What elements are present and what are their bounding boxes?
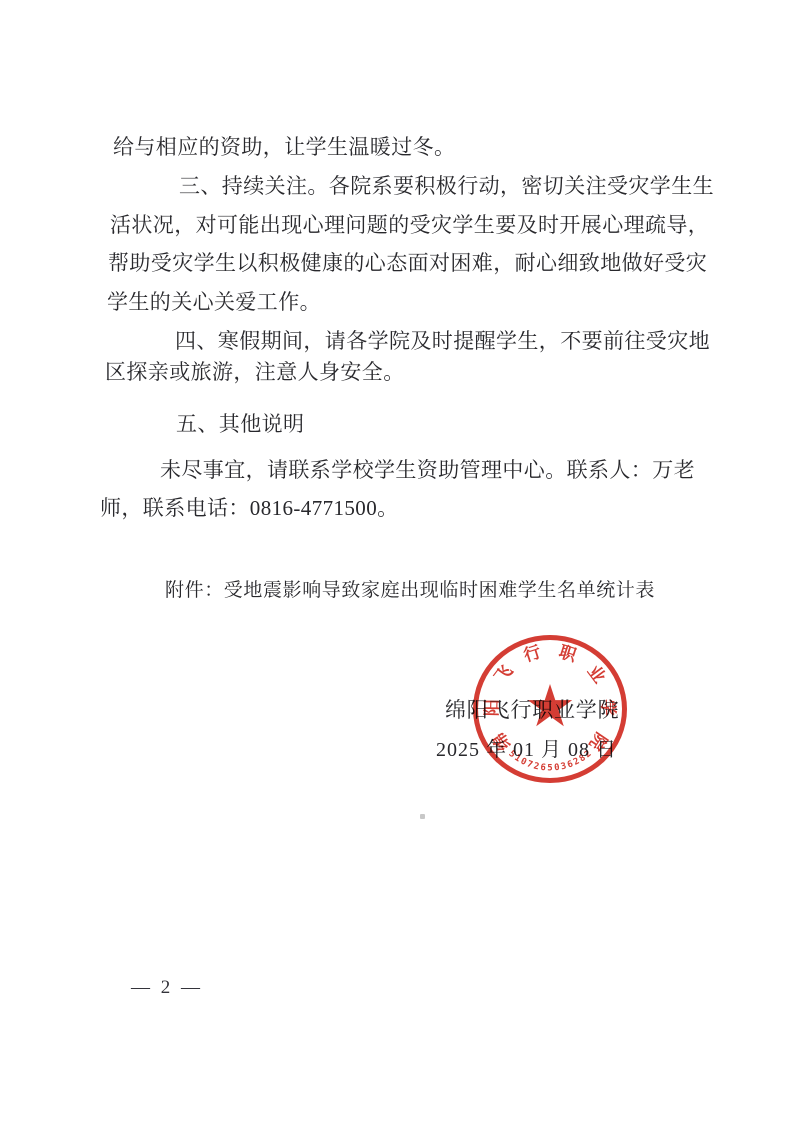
body-line: 区探亲或旅游，注意人身安全。 — [105, 361, 405, 384]
body-line: 活状况，对可能出现心理问题的受灾学生要及时开展心理疏导， — [110, 214, 709, 237]
section-heading-5: 五、其他说明 — [176, 413, 304, 436]
document-page: 给与相应的资助，让学生温暖过冬。 三、持续关注。各院系要积极行动，密切关注受灾学… — [0, 0, 793, 1122]
body-line-section-3: 三、持续关注。各院系要积极行动，密切关注受灾学生生 — [179, 175, 714, 198]
page-number: — 2 — — [131, 977, 203, 999]
body-line-phone: 师，联系电话：0816-4771500。 — [100, 497, 399, 520]
official-seal: 绵阳飞行职业学院 ★ 5107265036282 — [473, 635, 627, 783]
body-line: 帮助受灾学生以积极健康的心态面对困难，耐心细致地做好受灾 — [108, 252, 707, 275]
scan-artifact-speck — [420, 814, 425, 819]
body-line: 给与相应的资助，让学生温暖过冬。 — [113, 136, 455, 159]
body-line-section-4: 四、寒假期间，请各学院及时提醒学生，不要前往受灾地 — [175, 330, 710, 353]
attachment-line: 附件：受地震影响导致家庭出现临时困难学生名单统计表 — [165, 581, 655, 602]
seal-code-number: 5107265036282 — [473, 635, 627, 783]
body-line-contact: 未尽事宜，请联系学校学生资助管理中心。联系人：万老 — [160, 459, 695, 482]
body-line: 学生的关心关爱工作。 — [107, 291, 321, 314]
